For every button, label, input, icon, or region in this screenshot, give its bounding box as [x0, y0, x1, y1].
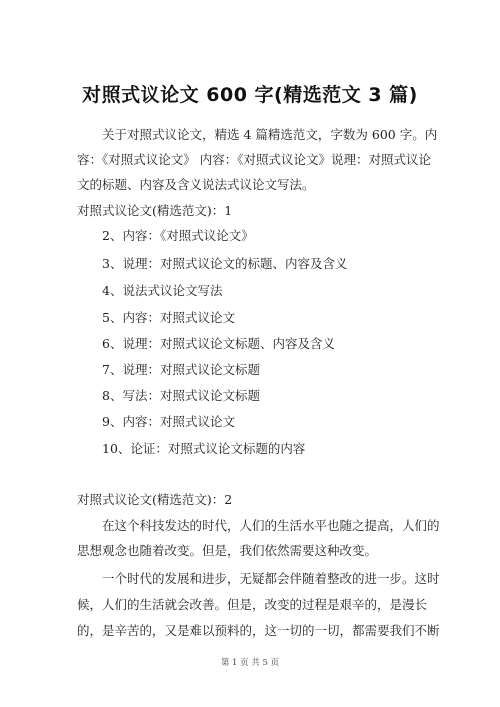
paragraph-line: 一个时代的发展和进步，无疑都会伴随着整改的进一步。这时 [102, 571, 427, 587]
section-heading: 对照式议论文(精选范文)：1 [77, 203, 427, 219]
list-item: 7、说理：对照式议论文标题 [102, 362, 452, 378]
paragraph-line: 思想观念也随着改变。但是，我们依然需要这种改变。 [77, 543, 427, 559]
paragraph-line: 候，人们的生活就会改善。但是，改变的过程是艰辛的，是漫长 [77, 597, 427, 613]
paragraph-line: 在这个科技发达的时代，人们的生活水平也随之提高，人们的 [102, 518, 427, 534]
list-item: 10、论证：对照式议论文标题的内容 [102, 441, 452, 457]
section-heading: 对照式议论文(精选范文)：2 [77, 492, 427, 508]
intro-line: 文的标题、内容及含义说法式议论文写法。 [77, 177, 427, 193]
intro-line: 容：《对照式议论文》 内容：《对照式议论文》说理：对照式议论 [77, 152, 427, 168]
document-title: 对照式议论文 600 字(精选范文 3 篇) [0, 80, 500, 107]
list-item: 9、内容：对照式议论文 [102, 414, 452, 430]
list-item: 4、说法式议论文写法 [102, 283, 452, 299]
paragraph-line: 的，是辛苦的，又是难以预料的，这一切的一切，都需要我们不断 [77, 623, 427, 639]
list-item: 3、说理：对照式议论文的标题、内容及含义 [102, 256, 452, 272]
document-page: 对照式议论文 600 字(精选范文 3 篇) 关于对照式议论文，精选 4 篇精选… [0, 0, 500, 707]
list-item: 5、内容：对照式议论文 [102, 310, 452, 326]
intro-line: 关于对照式议论文，精选 4 篇精选范文，字数为 600 字。内 [102, 127, 427, 143]
list-item: 2、内容：《对照式议论文》 [102, 228, 452, 244]
page-footer: 第 1 页 共 5 页 [0, 656, 500, 668]
list-item: 6、说理：对照式议论文标题、内容及含义 [102, 336, 452, 352]
list-item: 8、写法：对照式议论文标题 [102, 388, 452, 404]
